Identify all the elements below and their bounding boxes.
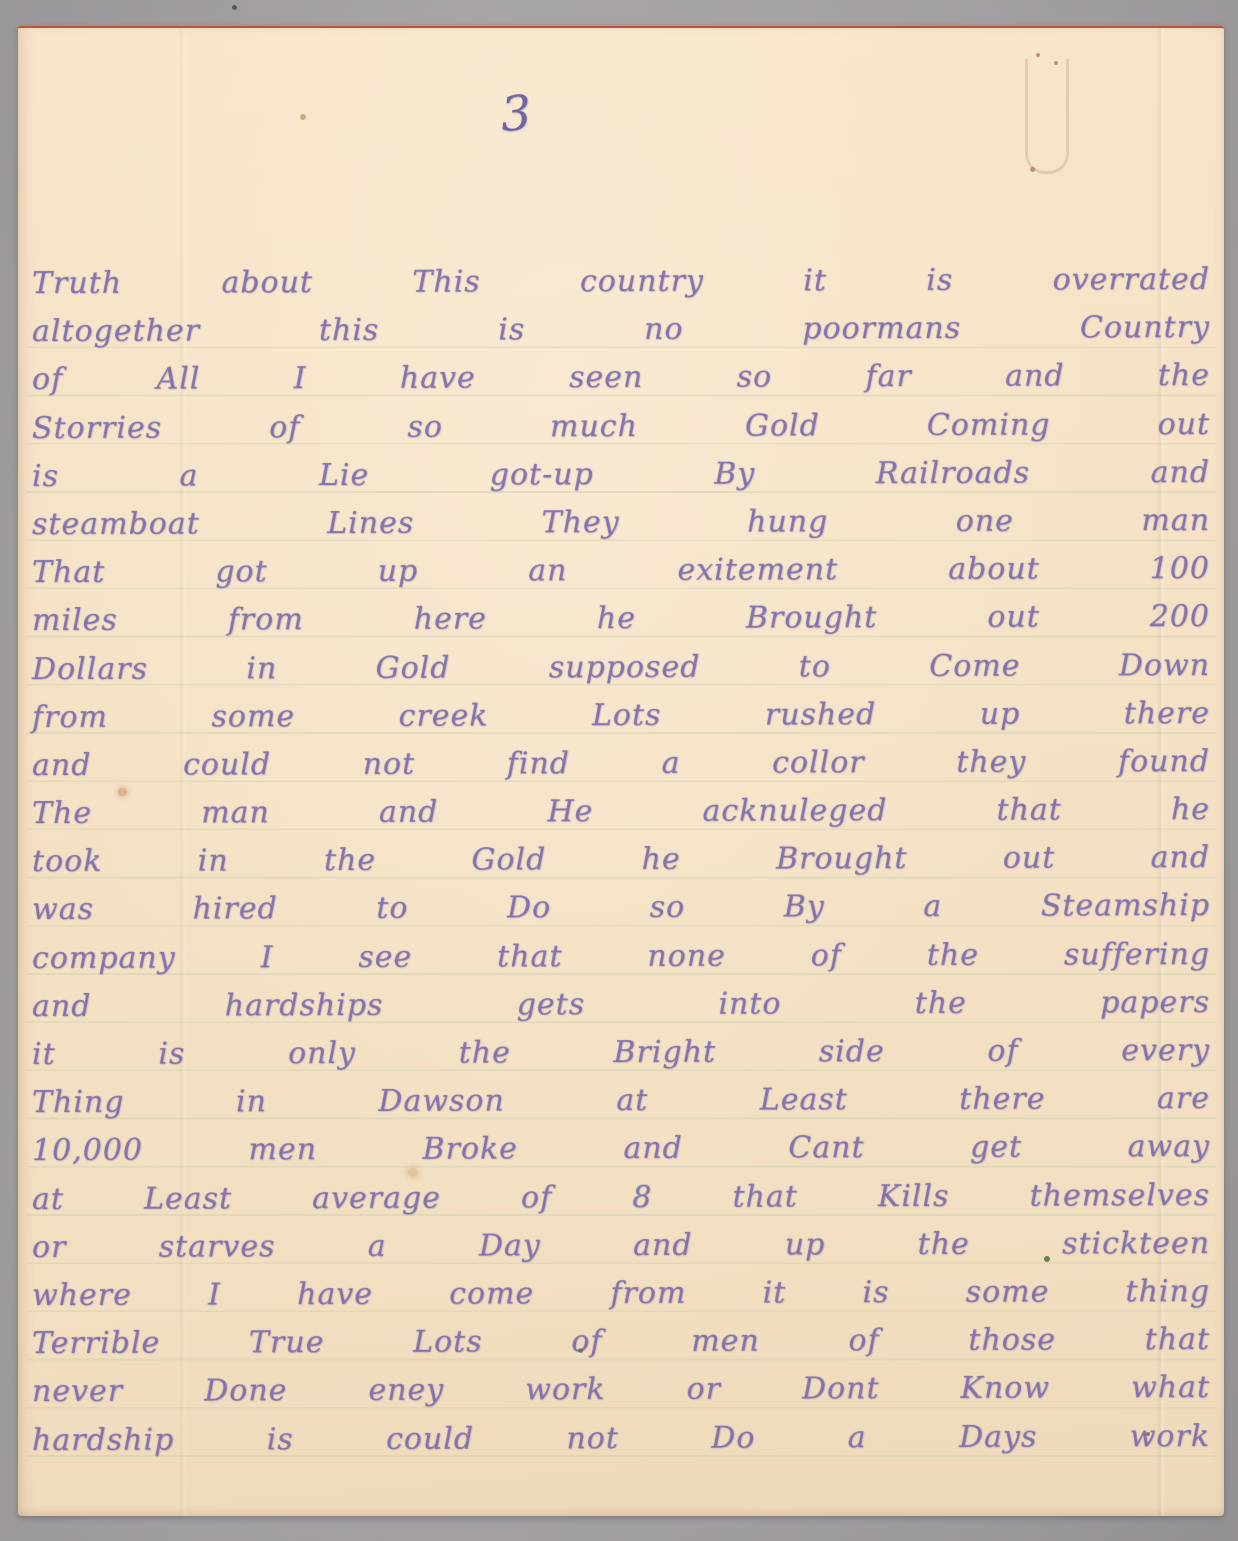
letter-line-16: and hardships gets into the papers [32, 979, 1210, 1031]
letter-line-3: of All I have seen so far and the [32, 352, 1210, 404]
letter-body: Truth about This country it is overrated… [32, 258, 1210, 1463]
paper-stain [1146, 1432, 1150, 1436]
letter-line-17: it is only the Bright side of every [32, 1027, 1210, 1079]
letter-line-11: and could not find a collor they found [32, 738, 1210, 790]
letter-line-14: was hired to Do so By a Steamship [32, 882, 1210, 934]
letter-page: 3 Truth about This country it is overrat… [18, 26, 1224, 1516]
letter-line-22: where I have come from it is some thing [32, 1268, 1210, 1320]
dust-speck [232, 5, 237, 10]
letter-line-15: company I see that none of the suffering [32, 931, 1210, 983]
letter-line-12: The man and He acknuleged that he [32, 786, 1210, 838]
letter-line-19: 10,000 men Broke and Cant get away [32, 1123, 1210, 1175]
letter-line-10: from some creek Lots rushed up there [32, 690, 1210, 742]
paper-stain [300, 114, 306, 120]
letter-line-24: never Done eney work or Dont Know what [32, 1364, 1210, 1416]
letter-line-21: or starves a Day and up the stickteen [32, 1220, 1210, 1272]
paper-stain [408, 1168, 418, 1177]
paper-stain [118, 788, 127, 796]
letter-line-2: altogether this is no poormans Country [32, 304, 1210, 356]
letter-line-13: took in the Gold he Brought out and [32, 834, 1210, 886]
letter-line-8: miles from here he Brought out 200 [32, 593, 1210, 645]
paper-stain [578, 1348, 583, 1353]
page-number: 3 [484, 84, 548, 144]
paper-stain [1044, 1256, 1050, 1262]
letter-line-23: Terrible True Lots of men of those that [32, 1316, 1210, 1368]
letter-line-5: is a Lie got-up By Railroads and [32, 449, 1210, 501]
letter-line-4: Storries of so much Gold Coming out [32, 401, 1210, 453]
letter-line-7: That got up an exitement about 100 [32, 545, 1210, 597]
letter-line-20: at Least average of 8 that Kills themsel… [32, 1172, 1210, 1224]
paperclip-impression-icon [1025, 59, 1069, 174]
letter-line-9: Dollars in Gold supposed to Come Down [32, 641, 1210, 693]
letter-line-1: Truth about This country it is overrated [32, 256, 1210, 308]
letter-line-25: hardship is could not Do a Days work [32, 1412, 1210, 1464]
letter-line-18: Thing in Dawson at Least there are [32, 1075, 1210, 1127]
letter-line-6: steamboat Lines They hung one man [32, 497, 1210, 549]
